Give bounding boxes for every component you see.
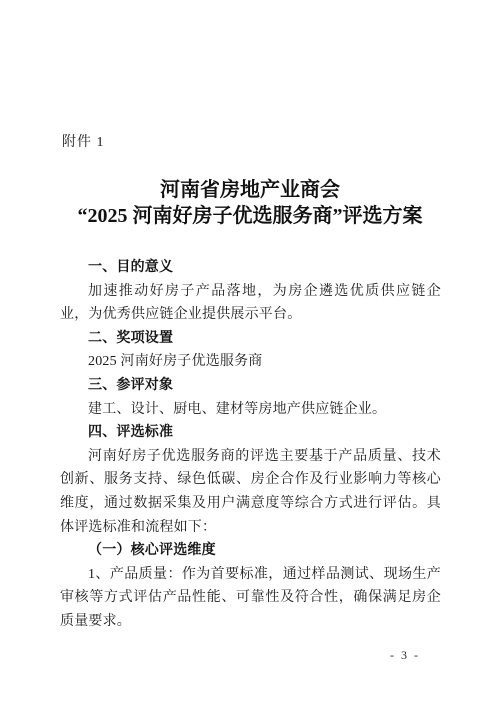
page-number: - 3 - [390,647,420,663]
document-page: 附件 1 河南省房地产业商会 “2025 河南好房子优选服务商”评选方案 一、目… [0,0,500,707]
section-heading: 三、参评对象 [60,374,441,398]
paragraph: 建工、设计、厨电、建材等房地产供应链企业。 [60,398,441,422]
document-body: 一、目的意义加速推动好房子产品落地，为房企遴选优质供应链企业，为优秀供应链企业提… [60,256,441,634]
section-heading: 一、目的意义 [60,256,441,280]
paragraph: 2025 河南好房子优选服务商 [60,350,441,374]
section-heading: 二、奖项设置 [60,327,441,351]
section-heading: 四、评选标准 [60,421,441,445]
document-title-line2: “2025 河南好房子优选服务商”评选方案 [0,203,500,229]
paragraph: 河南好房子优选服务商的评选主要基于产品质量、技术创新、服务支持、绿色低碳、房企合… [60,445,441,539]
document-title-line1: 河南省房地产业商会 [0,177,500,203]
document-title: 河南省房地产业商会 “2025 河南好房子优选服务商”评选方案 [0,177,500,229]
paragraph: 1、产品质量：作为首要标准，通过样品测试、现场生产审核等方式评估产品性能、可靠性… [60,563,441,634]
attachment-label: 附件 1 [62,134,105,152]
subsection-heading: （一）核心评选维度 [60,539,441,563]
paragraph: 加速推动好房子产品落地，为房企遴选优质供应链企业，为优秀供应链企业提供展示平台。 [60,280,441,327]
